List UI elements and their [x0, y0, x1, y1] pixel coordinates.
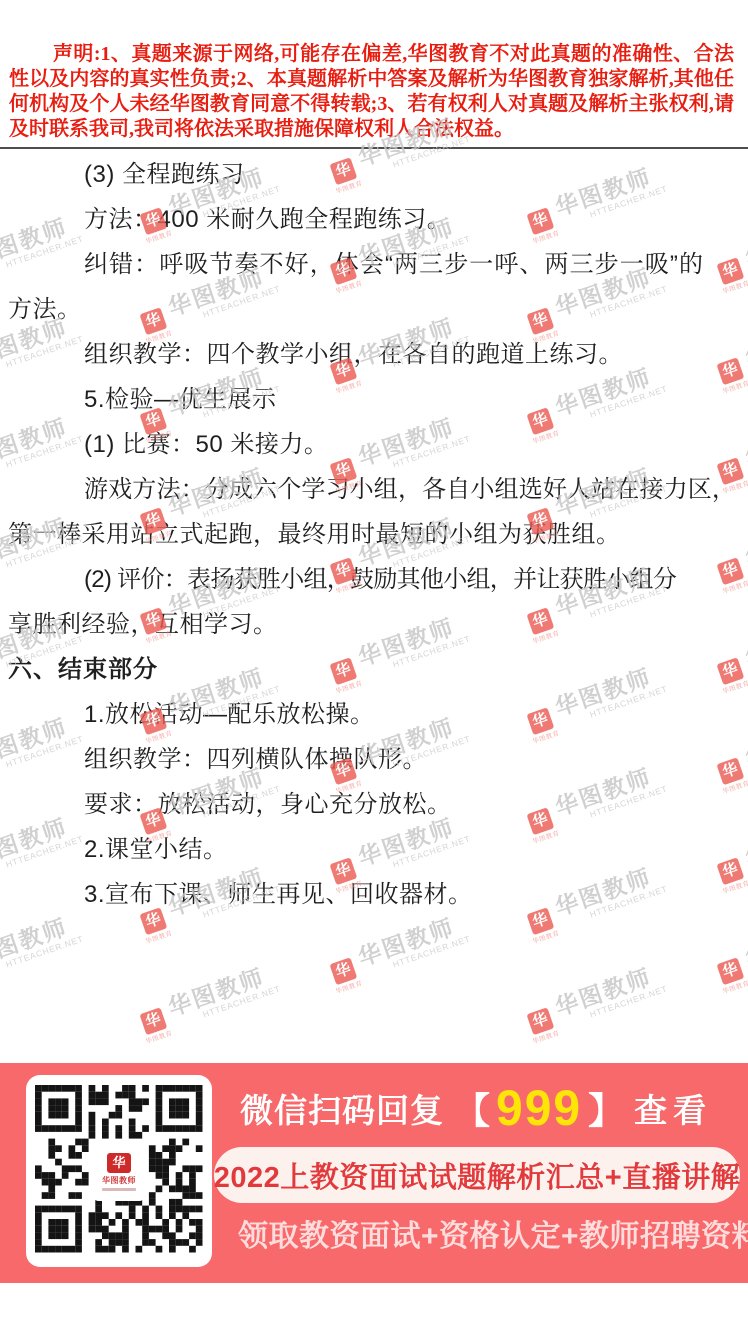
- huatu-logo-icon: 华: [107, 1153, 131, 1173]
- document-line: 组织教学：四列横队体操队形。: [84, 743, 427, 788]
- document-line: 方法。: [8, 293, 82, 338]
- document-line: 组织教学：四个教学小组，在各自的跑道上练习。: [84, 338, 623, 383]
- document-line: 第一棒采用站立式起跑，最终用时最短的小组为获胜组。: [8, 518, 621, 563]
- qr-center-logo: 华 华图教师: [93, 1145, 145, 1199]
- document-line: 纠错：呼吸节奏不好，体会“两三步一呼、两三步一吸”的: [84, 248, 704, 293]
- banner-view-text: 查看: [634, 1085, 712, 1132]
- document-line: 六、结束部分: [8, 653, 158, 698]
- bracket-close: 】: [588, 1083, 624, 1134]
- document-line: 3.宣布下课、师生再见、回收器材。: [84, 878, 473, 923]
- bracket-open: 【: [454, 1083, 490, 1134]
- banner-texts: 微信扫码回复 【 999 】 查看 2022上教资面试试题解析汇总+直播讲解 领…: [236, 1063, 748, 1283]
- document-page: 声明:1、真题来源于网络,可能存在偏差,华图教育不对此真题的准确性、合法性以及内…: [0, 0, 748, 1335]
- document-line: 5.检验—优生展示: [84, 383, 277, 428]
- banner-scan-text: 微信扫码回复: [240, 1085, 444, 1132]
- document-line: (3) 全程跑练习: [84, 158, 245, 203]
- banner-scan-line: 微信扫码回复 【 999 】 查看: [240, 1081, 712, 1136]
- document-line: 要求：放松活动，身心充分放松。: [84, 788, 452, 833]
- qr-card: 华 华图教师: [26, 1075, 212, 1267]
- document-line: (2) 评价：表扬获胜小组，鼓励其他小组，并让获胜小组分: [84, 563, 676, 608]
- document-line: 方法：400 米耐久跑全程跑练习。: [84, 203, 451, 248]
- document-line: 游戏方法：分成六个学习小组，各自小组选好人站在接力区，: [84, 473, 736, 518]
- document-line: 享胜利经验，互相学习。: [8, 608, 278, 653]
- document-line: 2.课堂小结。: [84, 833, 228, 878]
- qr-logo-underline: [102, 1188, 136, 1191]
- promo-banner: 华 华图教师 微信扫码回复 【 999 】 查看 2022上教资面试试题解析汇总…: [0, 1063, 748, 1283]
- banner-reply-code: 999: [496, 1080, 582, 1138]
- banner-pill-text: 2022上教资面试试题解析汇总+直播讲解: [214, 1147, 740, 1203]
- document-body: (3) 全程跑练习方法：400 米耐久跑全程跑练习。纠错：呼吸节奏不好，体会“两…: [0, 0, 748, 1063]
- banner-bottom-text: 领取教资面试+资格认定+教师招聘资料: [238, 1211, 748, 1255]
- qr-logo-caption: 华图教师: [102, 1175, 136, 1186]
- document-line: (1) 比赛：50 米接力。: [84, 428, 328, 473]
- document-line: 1.放松活动—配乐放松操。: [84, 698, 375, 743]
